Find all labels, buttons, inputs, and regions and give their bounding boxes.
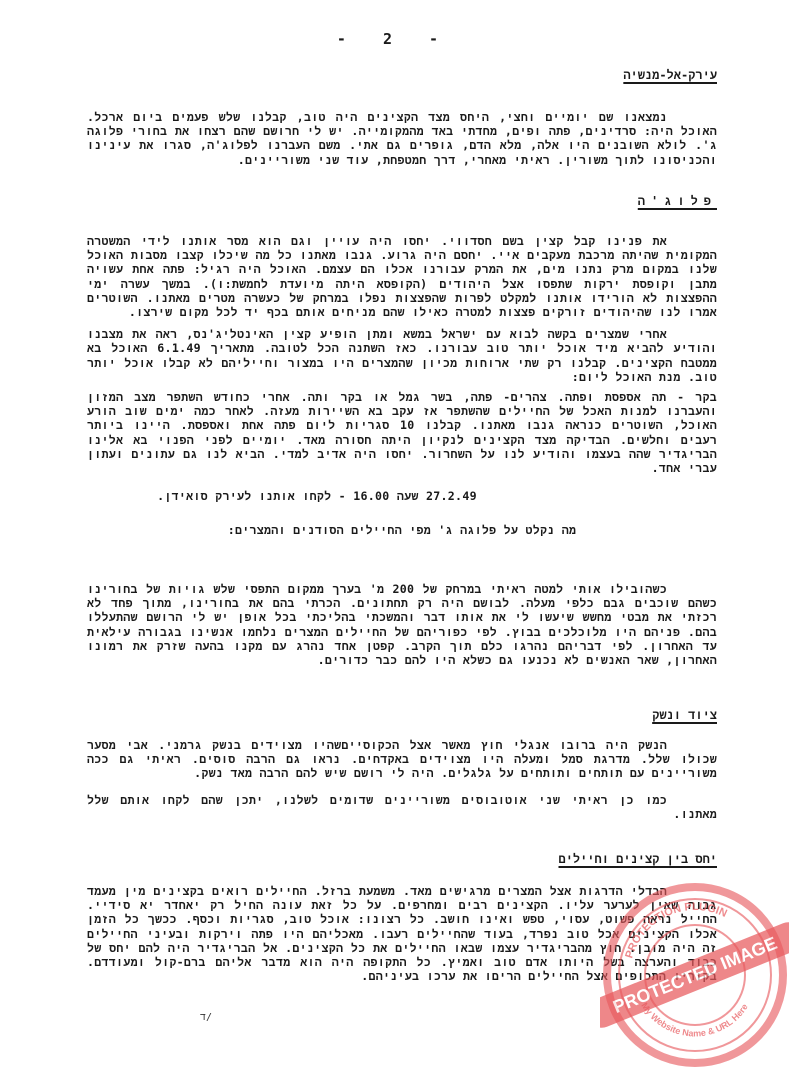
date-line: 27.2.49 שעה 16.00 - לקחו אותנו לעירק סוא…: [87, 489, 717, 503]
paragraph: הנשק היה ברובו אנגלי חוץ מאשר אצל הכקוסי…: [87, 738, 717, 781]
paragraph: הבדלי הדרגות אצל המצרים מרגישים מאד. משמ…: [87, 884, 717, 983]
footer-mark: ד/: [200, 1012, 212, 1024]
paragraph: כשהובילו אותי למטה ראיתי במרחק של 200 מ'…: [87, 582, 717, 667]
subheading-captured-accounts: מה נקלט על פלוגה ג' מפי החיילים הסודנים …: [87, 523, 717, 537]
watermark-bottom-text: My Website Name & URL Here: [639, 1001, 749, 1039]
paragraph: בקר - תה אספסת ופתה. צהרים- פתה, בשר גמל…: [87, 390, 717, 475]
section-body-relations: הבדלי הדרגות אצל המצרים מרגישים מאד. משמ…: [87, 884, 717, 983]
svg-text:My Website Name & URL Here: My Website Name & URL Here: [639, 1001, 749, 1039]
section-body-irak-al-manshiya: נמצאנו שם יומיים וחצי, היחס מצד הקצינים …: [87, 110, 717, 167]
section-body-equipment: הנשק היה ברובו אנגלי חוץ מאשר אצל הכקוסי…: [87, 738, 717, 821]
section-heading-equipment: ציוד ונשק: [652, 708, 717, 723]
paragraph: כמו כן ראיתי שני אוטובוסים משוריינים שדו…: [87, 793, 717, 821]
section-body-captured-accounts: כשהובילו אותי למטה ראיתי במרחק של 200 מ'…: [87, 582, 717, 667]
paragraph: אחרי שמצרים בקשה לבוא עם ישראל במשא ומתן…: [87, 327, 717, 384]
section-heading-faluja: פלוג'ה: [638, 194, 717, 209]
paragraph: נמצאנו שם יומיים וחצי, היחס מצד הקצינים …: [87, 110, 717, 167]
document-page: - 2 - עירק-אל-מנשיה נמצאנו שם יומיים וחצ…: [0, 0, 789, 1080]
section-heading-relations: יחס בין קצינים וחיילים: [559, 852, 718, 867]
section-heading-irak-al-manshiya: עירק-אל-מנשיה: [623, 68, 717, 83]
paragraph: את פנינו קבל קצין בשם חסדווי. יחסו היה ע…: [87, 234, 717, 319]
page-number: - 2 -: [0, 30, 789, 48]
section-body-faluja: את פנינו קבל קצין בשם חסדווי. יחסו היה ע…: [87, 234, 717, 538]
